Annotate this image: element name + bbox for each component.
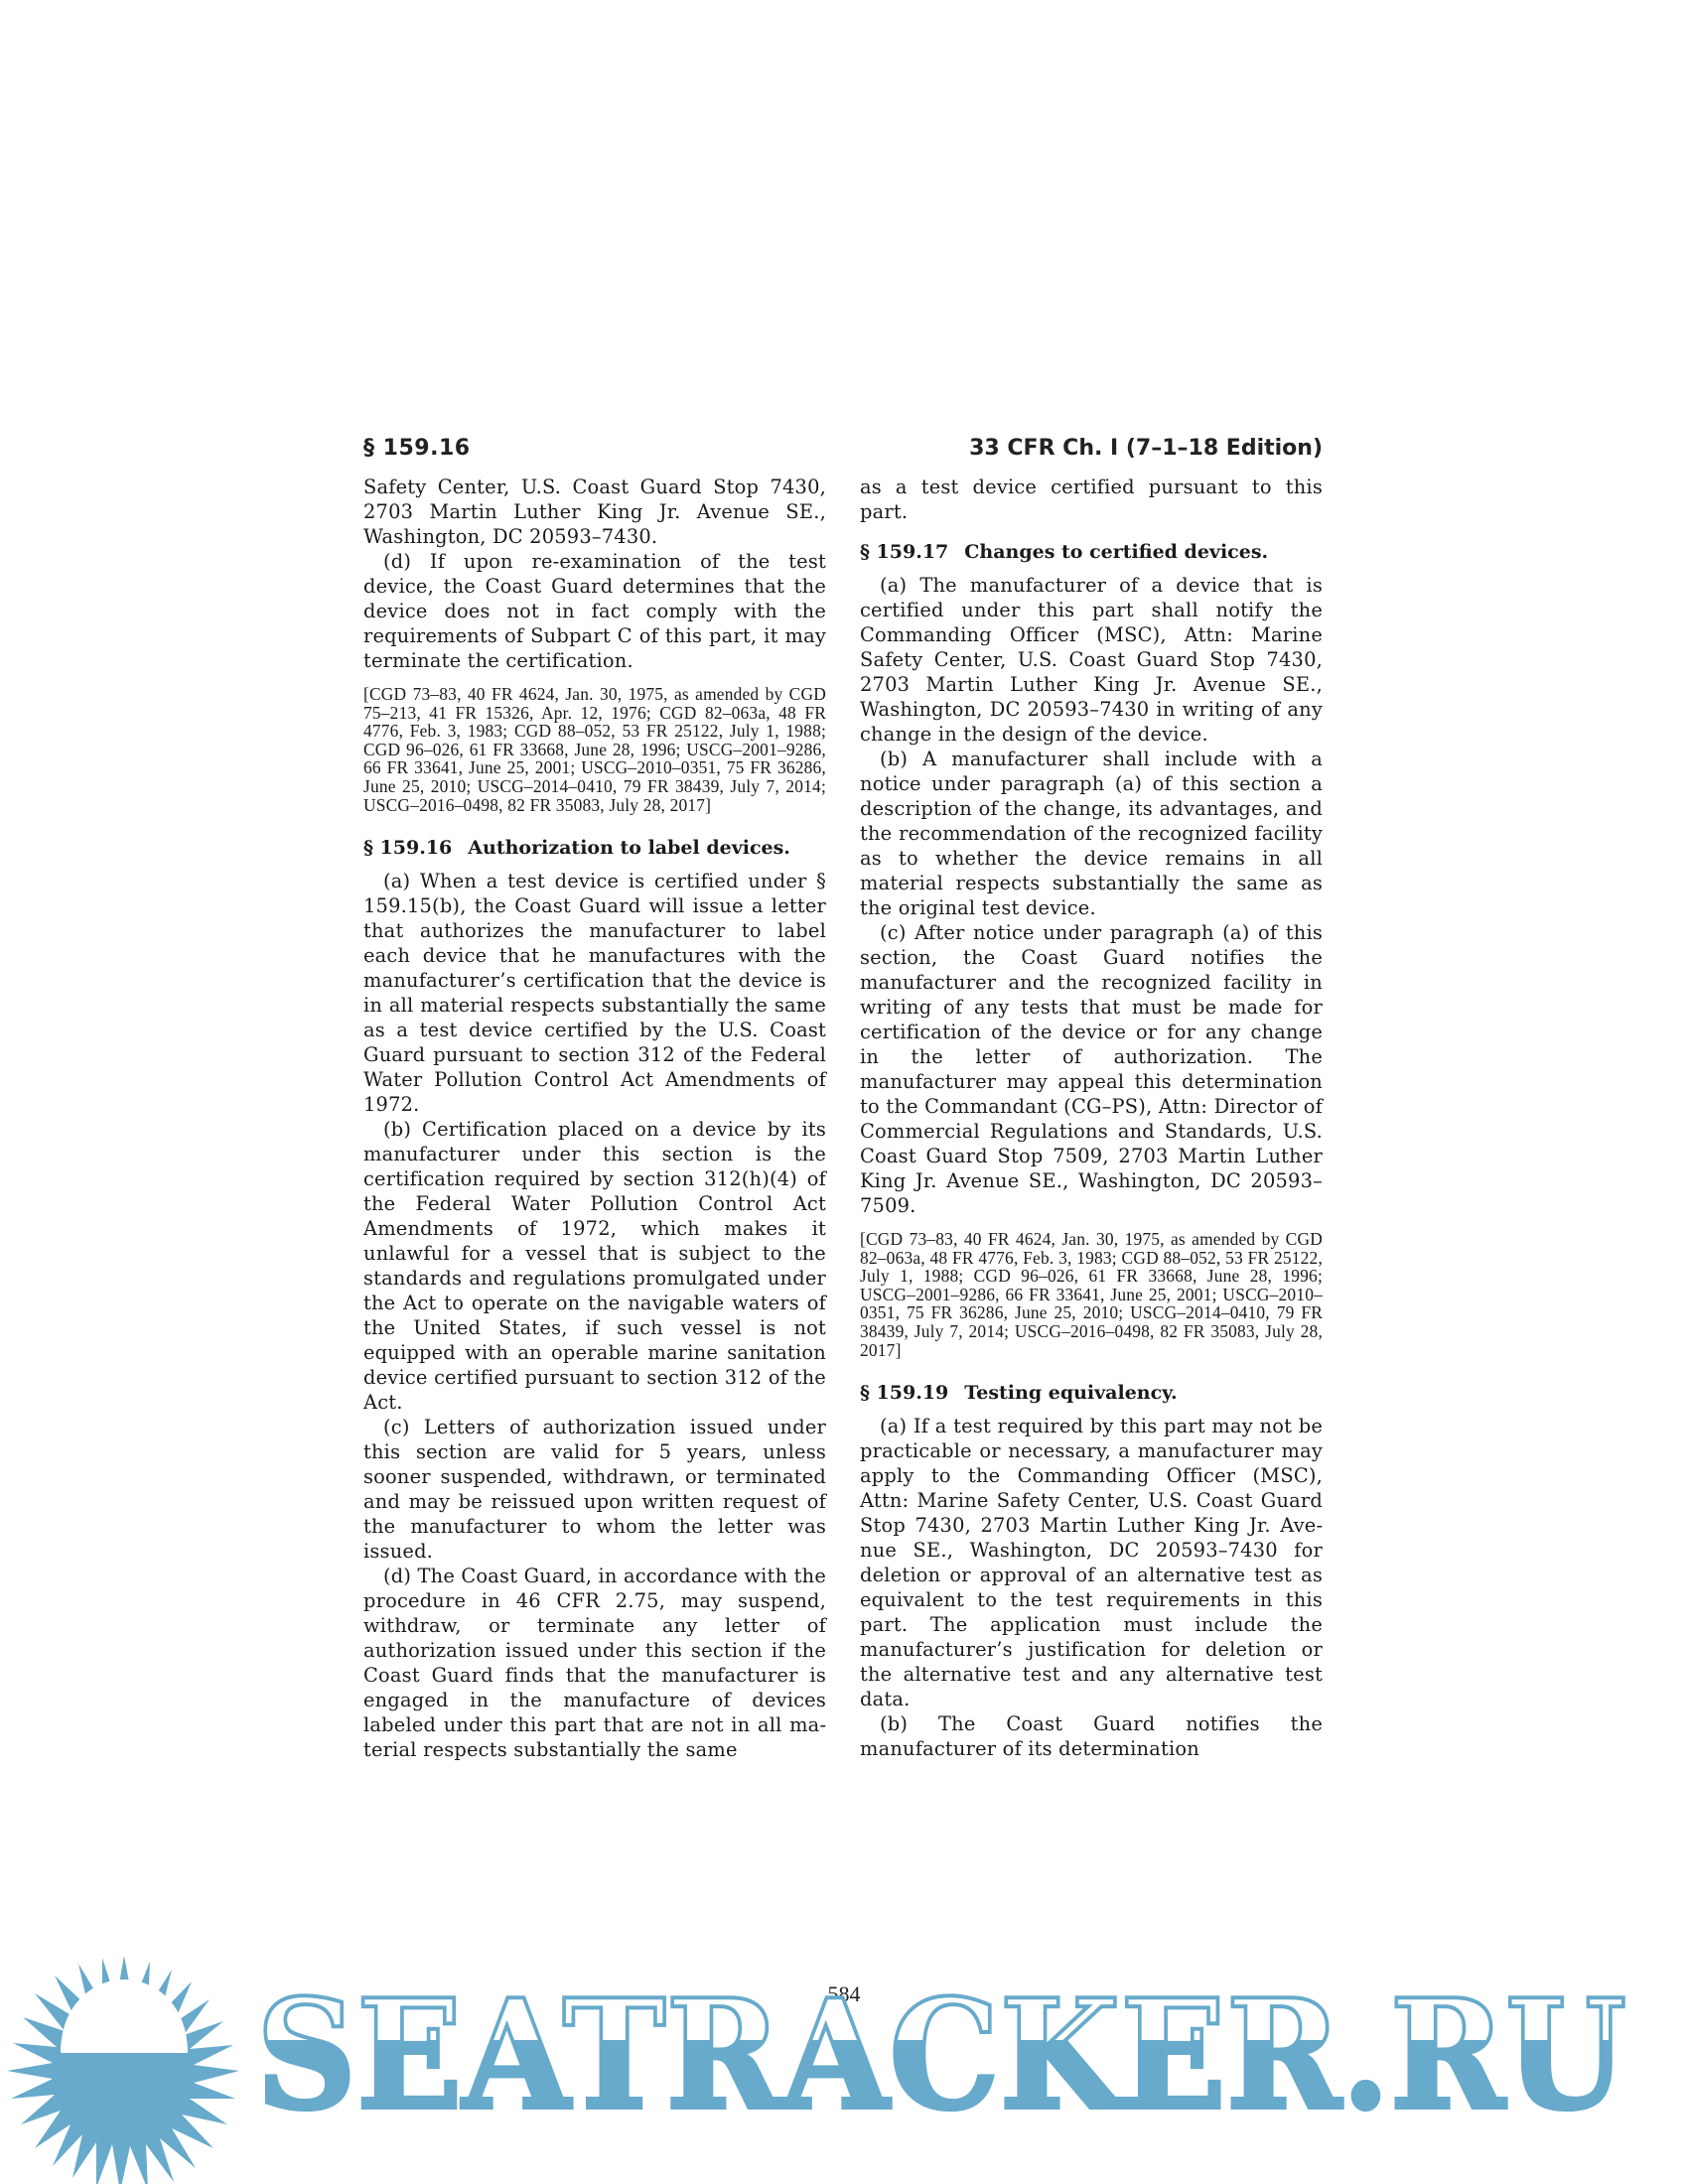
section-title: Changes to certified devices. — [964, 541, 1268, 563]
paragraph-c: (c) After notice under paragraph (a) of … — [860, 920, 1323, 1218]
document-page: § 159.16 33 CFR Ch. I (7–1–18 Edition) S… — [363, 429, 1323, 1762]
citation-block: [CGD 73–83, 40 FR 4624, Jan. 30, 1975, a… — [860, 1230, 1323, 1359]
citation-block: [CGD 73–83, 40 FR 4624, Jan. 30, 1975, a… — [363, 685, 826, 814]
section-title: Testing equivalency. — [964, 1382, 1177, 1404]
paragraph-b: (b) The Coast Guard notifies the manufac… — [860, 1711, 1323, 1761]
two-column-body: Safety Center, U.S. Coast Guard Stop 743… — [363, 475, 1323, 1762]
paragraph-b: (b) Certification placed on a device by … — [363, 1117, 826, 1415]
header-publication: 33 CFR Ch. I (7–1–18 Edition) — [969, 429, 1323, 469]
paragraph-c: (c) Letters of authorization issued unde… — [363, 1415, 826, 1564]
watermark-text: SEATRACKER.RU SEATRACKER.RU — [256, 1966, 1626, 2143]
section-title: Authorization to label devices. — [468, 837, 790, 859]
section-number: § 159.16 — [363, 837, 452, 859]
running-head: § 159.16 33 CFR Ch. I (7–1–18 Edition) — [363, 429, 1323, 469]
paragraph-a: (a) If a test required by this part may … — [860, 1414, 1323, 1711]
header-section-ref: § 159.16 — [363, 429, 471, 469]
section-number: § 159.17 — [860, 541, 948, 563]
section-heading-159-16: § 159.16Authorization to label devices. — [363, 836, 826, 861]
continued-paragraph: as a test device certified pursuant to t… — [860, 475, 1323, 524]
sun-icon — [7, 1956, 239, 2184]
continued-paragraph: Safety Center, U.S. Coast Guard Stop 743… — [363, 475, 826, 549]
svg-text:SEATRACKER.RU: SEATRACKER.RU — [256, 1966, 1626, 2143]
page-number: 584 — [824, 1981, 864, 2007]
section-heading-159-17: § 159.17Changes to certified devices. — [860, 540, 1323, 565]
spacer — [860, 524, 1323, 540]
paragraph-d: (d) The Coast Guard, in accordance with … — [363, 1564, 826, 1762]
left-column: Safety Center, U.S. Coast Guard Stop 743… — [363, 475, 826, 1762]
paragraph-a: (a) The manufacturer of a device that is… — [860, 573, 1323, 747]
paragraph-b: (b) A manufacturer shall include with a … — [860, 747, 1323, 920]
svg-text:SEATRACKER.RU: SEATRACKER.RU — [256, 1966, 1626, 2143]
section-number: § 159.19 — [860, 1382, 948, 1404]
paragraph-a: (a) When a test device is certified unde… — [363, 869, 826, 1117]
watermark-logo: SEATRACKER.RU SEATRACKER.RU — [0, 1944, 1688, 2184]
right-column: as a test device certified pursuant to t… — [860, 475, 1323, 1762]
section-heading-159-19: § 159.19Testing equivalency. — [860, 1381, 1323, 1406]
paragraph-d: (d) If upon re-examination of the test d… — [363, 549, 826, 673]
